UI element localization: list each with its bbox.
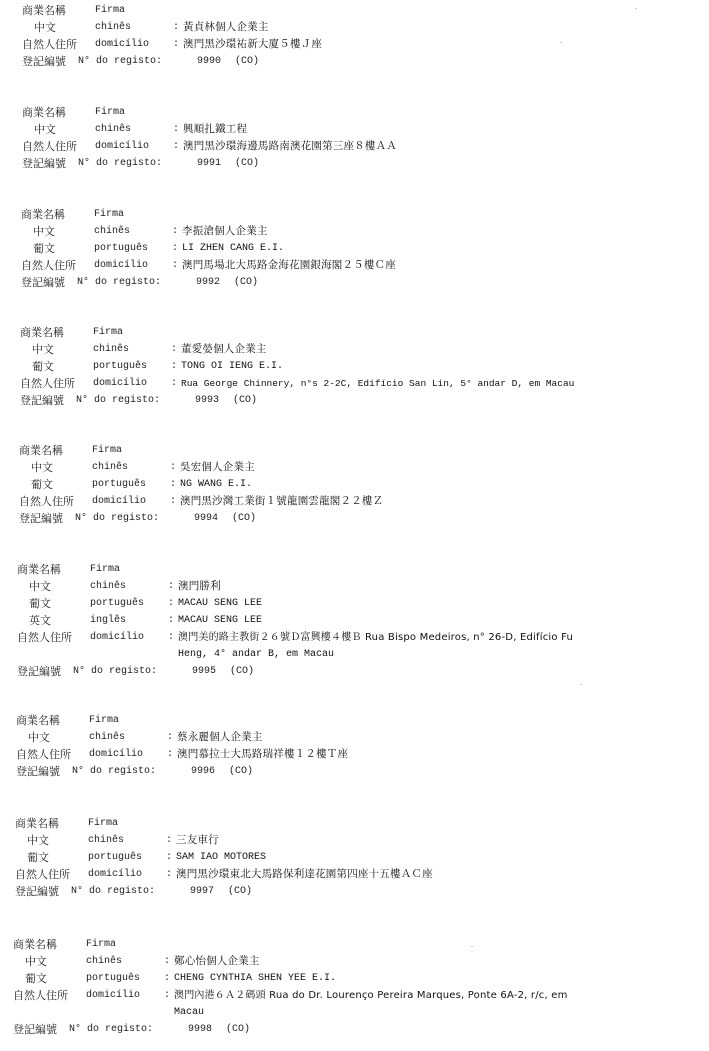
firm-label-pt: Firma [86, 936, 116, 953]
colon: : [167, 729, 173, 746]
chinese-label-zh: 中文 [25, 953, 47, 970]
registry-label-zh: 登記編號 [15, 883, 59, 900]
chinese-label-pt: chinês [90, 578, 126, 595]
portuguese-label-pt: português [90, 595, 144, 612]
domicile-value: 澳門美的路主教街２６號Ｄ富興樓４樓Ｂ Rua Bispo Medeiros, n… [178, 629, 573, 646]
registry-code: (CO) [235, 155, 259, 172]
firm-label-pt: Firma [89, 712, 119, 729]
registry-number: 9995 [192, 663, 216, 680]
domicile-label-pt: domicílio [89, 746, 143, 763]
firm-label-pt: Firma [95, 2, 125, 19]
colon: : [171, 358, 177, 375]
domicile-label-zh: 自然人住所 [21, 257, 76, 274]
colon: : [173, 138, 179, 155]
colon: : [164, 953, 170, 970]
domicile-label-zh: 自然人住所 [17, 629, 72, 646]
domicile-value: Rua George Chinnery, n°s 2-2C, Edifício … [181, 375, 574, 392]
chinese-label-zh: 中文 [27, 832, 49, 849]
domicile-value: 澳門黑沙環海邊馬路南澳花園第三座８樓ＡＡ [183, 138, 397, 155]
domicile-label-pt: domicílio [94, 257, 148, 274]
domicile-value: 澳門內港６Ａ２碼頭 Rua do Dr. Lourenço Pereira Ma… [174, 987, 568, 1004]
registry-number: 9996 [191, 763, 215, 780]
registry-label-pt: N° do registo: [75, 510, 159, 527]
portuguese-name-value: SAM IAO MOTORES [176, 849, 266, 866]
domicile-value-continued: Heng, 4° andar B, em Macau [178, 646, 334, 663]
domicile-value: 澳門慕拉士大馬路瑞祥樓１２樓Ｔ座 [177, 746, 348, 763]
portuguese-label-zh: 葡文 [25, 970, 47, 987]
chinese-name-value: 澳門勝利 [178, 578, 221, 595]
firm-label-zh: 商業名稱 [22, 2, 66, 19]
registry-number: 9993 [195, 392, 219, 409]
chinese-name-value: 李振滄個人企業主 [182, 223, 268, 240]
registry-label-zh: 登記編號 [21, 274, 65, 291]
colon: : [166, 866, 172, 883]
registry-label-zh: 登記編號 [20, 392, 64, 409]
registry-label-pt: N° do registo: [71, 883, 155, 900]
registry-label-zh: 登記編號 [13, 1021, 57, 1038]
domicile-label-zh: 自然人住所 [13, 987, 68, 1004]
scan-speck [560, 42, 562, 43]
registry-label-zh: 登記編號 [17, 663, 61, 680]
firm-label-pt: Firma [92, 442, 122, 459]
colon: : [170, 476, 176, 493]
registry-code: (CO) [235, 53, 259, 70]
domicile-label-zh: 自然人住所 [22, 138, 77, 155]
portuguese-name-value: MACAU SENG LEE [178, 595, 262, 612]
firm-label-pt: Firma [88, 815, 118, 832]
colon: : [164, 987, 170, 1004]
colon: : [167, 746, 173, 763]
colon: : [173, 19, 179, 36]
colon: : [168, 578, 174, 595]
domicile-value: 澳門黑沙環祐新大廈５樓Ｊ座 [183, 36, 322, 53]
scan-speck [635, 8, 637, 9]
firm-label-zh: 商業名稱 [22, 104, 66, 121]
registry-label-pt: N° do registo: [73, 663, 157, 680]
registry-code: (CO) [233, 392, 257, 409]
chinese-name-value: 董愛嫈個人企業主 [181, 341, 267, 358]
registry-number: 9994 [194, 510, 218, 527]
english-label-pt: inglês [90, 612, 126, 629]
english-label-zh: 英文 [29, 612, 51, 629]
chinese-name-value: 鄭心怡個人企業主 [174, 953, 260, 970]
registry-label-zh: 登記編號 [22, 53, 66, 70]
firm-label-zh: 商業名稱 [21, 206, 65, 223]
colon: : [172, 223, 178, 240]
colon: : [170, 459, 176, 476]
chinese-label-pt: chinês [95, 19, 131, 36]
portuguese-name-value: NG WANG E.I. [180, 476, 252, 493]
chinese-name-value: 吳宏個人企業主 [180, 459, 255, 476]
portuguese-label-pt: português [93, 358, 147, 375]
registry-label-zh: 登記編號 [22, 155, 66, 172]
domicile-value: 澳門黑沙灣工業街１號龍園雲龍閣２２樓Ｚ [180, 493, 383, 510]
colon: : [164, 970, 170, 987]
firm-label-zh: 商業名稱 [17, 561, 61, 578]
firm-label-zh: 商業名稱 [19, 442, 63, 459]
domicile-value-continued: Macau [174, 1004, 204, 1021]
firm-label-zh: 商業名稱 [20, 324, 64, 341]
portuguese-name-value: TONG OI IENG E.I. [181, 358, 283, 375]
registry-label-zh: 登記編號 [16, 763, 60, 780]
firm-label-pt: Firma [95, 104, 125, 121]
domicile-label-zh: 自然人住所 [16, 746, 71, 763]
colon: : [172, 257, 178, 274]
chinese-label-zh: 中文 [32, 341, 54, 358]
portuguese-label-pt: português [86, 970, 140, 987]
portuguese-label-pt: português [92, 476, 146, 493]
colon: : [166, 849, 172, 866]
registry-label-zh: 登記編號 [19, 510, 63, 527]
domicile-label-pt: domicílio [95, 138, 149, 155]
portuguese-label-zh: 葡文 [29, 595, 51, 612]
chinese-label-pt: chinês [88, 832, 124, 849]
firm-label-zh: 商業名稱 [16, 712, 60, 729]
chinese-label-pt: chinês [95, 121, 131, 138]
registry-label-pt: N° do registo: [77, 274, 161, 291]
colon: : [168, 629, 174, 646]
colon: : [171, 341, 177, 358]
colon: : [168, 612, 174, 629]
portuguese-label-pt: português [88, 849, 142, 866]
english-name-value: MACAU SENG LEE [178, 612, 262, 629]
chinese-label-zh: 中文 [29, 578, 51, 595]
chinese-label-zh: 中文 [28, 729, 50, 746]
domicile-label-pt: domicílio [95, 36, 149, 53]
firm-label-zh: 商業名稱 [15, 815, 59, 832]
domicile-value: 澳門黑沙環東北大馬路保利達花園第四座十五樓ＡＣ座 [176, 866, 433, 883]
domicile-value: 澳門馬場北大馬路金海花園銀海閣２５樓Ｃ座 [182, 257, 396, 274]
chinese-label-zh: 中文 [34, 121, 56, 138]
registry-number: 9997 [190, 883, 214, 900]
registry-label-pt: N° do registo: [78, 155, 162, 172]
firm-label-pt: Firma [90, 561, 120, 578]
colon: : [173, 121, 179, 138]
domicile-label-pt: domicílio [92, 493, 146, 510]
registry-label-pt: N° do registo: [76, 392, 160, 409]
registry-number: 9991 [197, 155, 221, 172]
portuguese-name-value: CHENG CYNTHIA SHEN YEE E.I. [174, 970, 336, 987]
chinese-label-zh: 中文 [34, 19, 56, 36]
firm-label-pt: Firma [94, 206, 124, 223]
registry-code: (CO) [234, 274, 258, 291]
portuguese-label-zh: 葡文 [32, 358, 54, 375]
scan-speck [471, 946, 473, 947]
firm-label-zh: 商業名稱 [13, 936, 57, 953]
chinese-label-pt: chinês [94, 223, 130, 240]
chinese-label-zh: 中文 [31, 459, 53, 476]
colon: : [171, 375, 177, 392]
colon: : [170, 493, 176, 510]
registry-number: 9998 [188, 1021, 212, 1038]
firm-label-pt: Firma [93, 324, 123, 341]
registry-label-pt: N° do registo: [69, 1021, 153, 1038]
portuguese-label-pt: português [94, 240, 148, 257]
chinese-label-pt: chinês [92, 459, 128, 476]
domicile-label-zh: 自然人住所 [15, 866, 70, 883]
registry-label-pt: N° do registo: [72, 763, 156, 780]
domicile-label-zh: 自然人住所 [22, 36, 77, 53]
chinese-name-value: 蔡永麗個人企業主 [177, 729, 263, 746]
registry-code: (CO) [230, 663, 254, 680]
portuguese-label-zh: 葡文 [27, 849, 49, 866]
colon: : [172, 240, 178, 257]
registry-code: (CO) [232, 510, 256, 527]
portuguese-name-value: LI ZHEN CANG E.I. [182, 240, 284, 257]
domicile-label-pt: domicílio [90, 629, 144, 646]
domicile-label-pt: domicílio [93, 375, 147, 392]
domicile-label-zh: 自然人住所 [19, 493, 74, 510]
registry-label-pt: N° do registo: [78, 53, 162, 70]
scan-speck [580, 684, 582, 685]
colon: : [168, 595, 174, 612]
registry-code: (CO) [229, 763, 253, 780]
registry-number: 9990 [197, 53, 221, 70]
chinese-name-value: 黃貞林個人企業主 [183, 19, 269, 36]
chinese-label-pt: chinês [93, 341, 129, 358]
chinese-label-zh: 中文 [33, 223, 55, 240]
registry-number: 9992 [196, 274, 220, 291]
portuguese-label-zh: 葡文 [31, 476, 53, 493]
chinese-name-value: 三友車行 [176, 832, 219, 849]
colon: : [173, 36, 179, 53]
colon: : [166, 832, 172, 849]
chinese-label-pt: chinês [86, 953, 122, 970]
portuguese-label-zh: 葡文 [33, 240, 55, 257]
chinese-name-value: 興順扎鐵工程 [183, 121, 247, 138]
registry-code: (CO) [228, 883, 252, 900]
chinese-label-pt: chinês [89, 729, 125, 746]
registry-code: (CO) [226, 1021, 250, 1038]
domicile-label-zh: 自然人住所 [20, 375, 75, 392]
domicile-label-pt: domicílio [88, 866, 142, 883]
domicile-label-pt: domicílio [86, 987, 140, 1004]
